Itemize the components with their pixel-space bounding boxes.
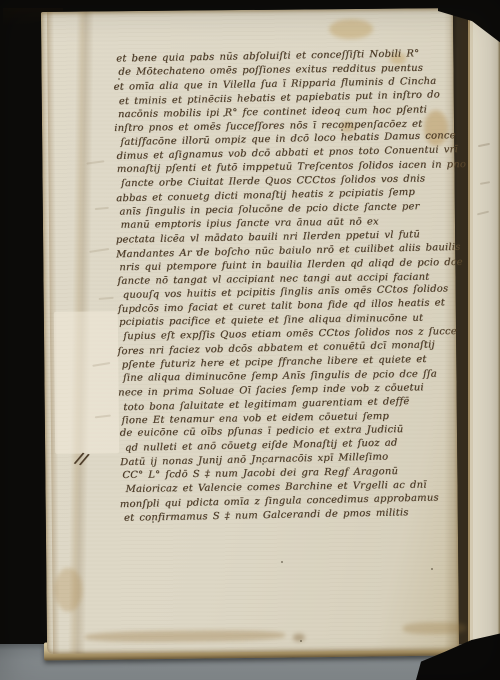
manuscript-text: et bene quia pabs nūs abſoluiſti et conc… [114,47,457,525]
show-through-mark [89,248,109,253]
dust-speck [305,176,307,178]
show-through-mark [480,181,490,185]
dust-speck [281,561,283,563]
show-through-mark [477,211,489,216]
dust-speck [152,521,154,523]
dust-speck [391,301,393,303]
show-through-mark [86,160,104,164]
dust-speck [223,115,225,117]
manuscript-photo-scene: // et bene quia pabs nūs abſoluiſti et c… [0,0,500,680]
facing-page-edge [468,14,500,650]
show-through-mark [478,143,490,147]
show-through-mark [99,297,114,300]
lighter-parchment-patch [54,311,119,454]
stain [329,19,373,39]
show-through-mark [95,207,109,210]
manuscript-page: // et bene quia pabs nūs abſoluiſti et c… [41,8,459,654]
dust-speck [418,262,420,264]
stain [54,568,82,612]
stain [85,630,285,643]
dust-speck [300,640,302,642]
dust-speck [196,250,198,252]
dust-speck [118,78,120,80]
dust-speck [341,129,343,131]
dust-speck [431,568,433,570]
stain [293,633,305,641]
dust-speck [262,463,264,465]
